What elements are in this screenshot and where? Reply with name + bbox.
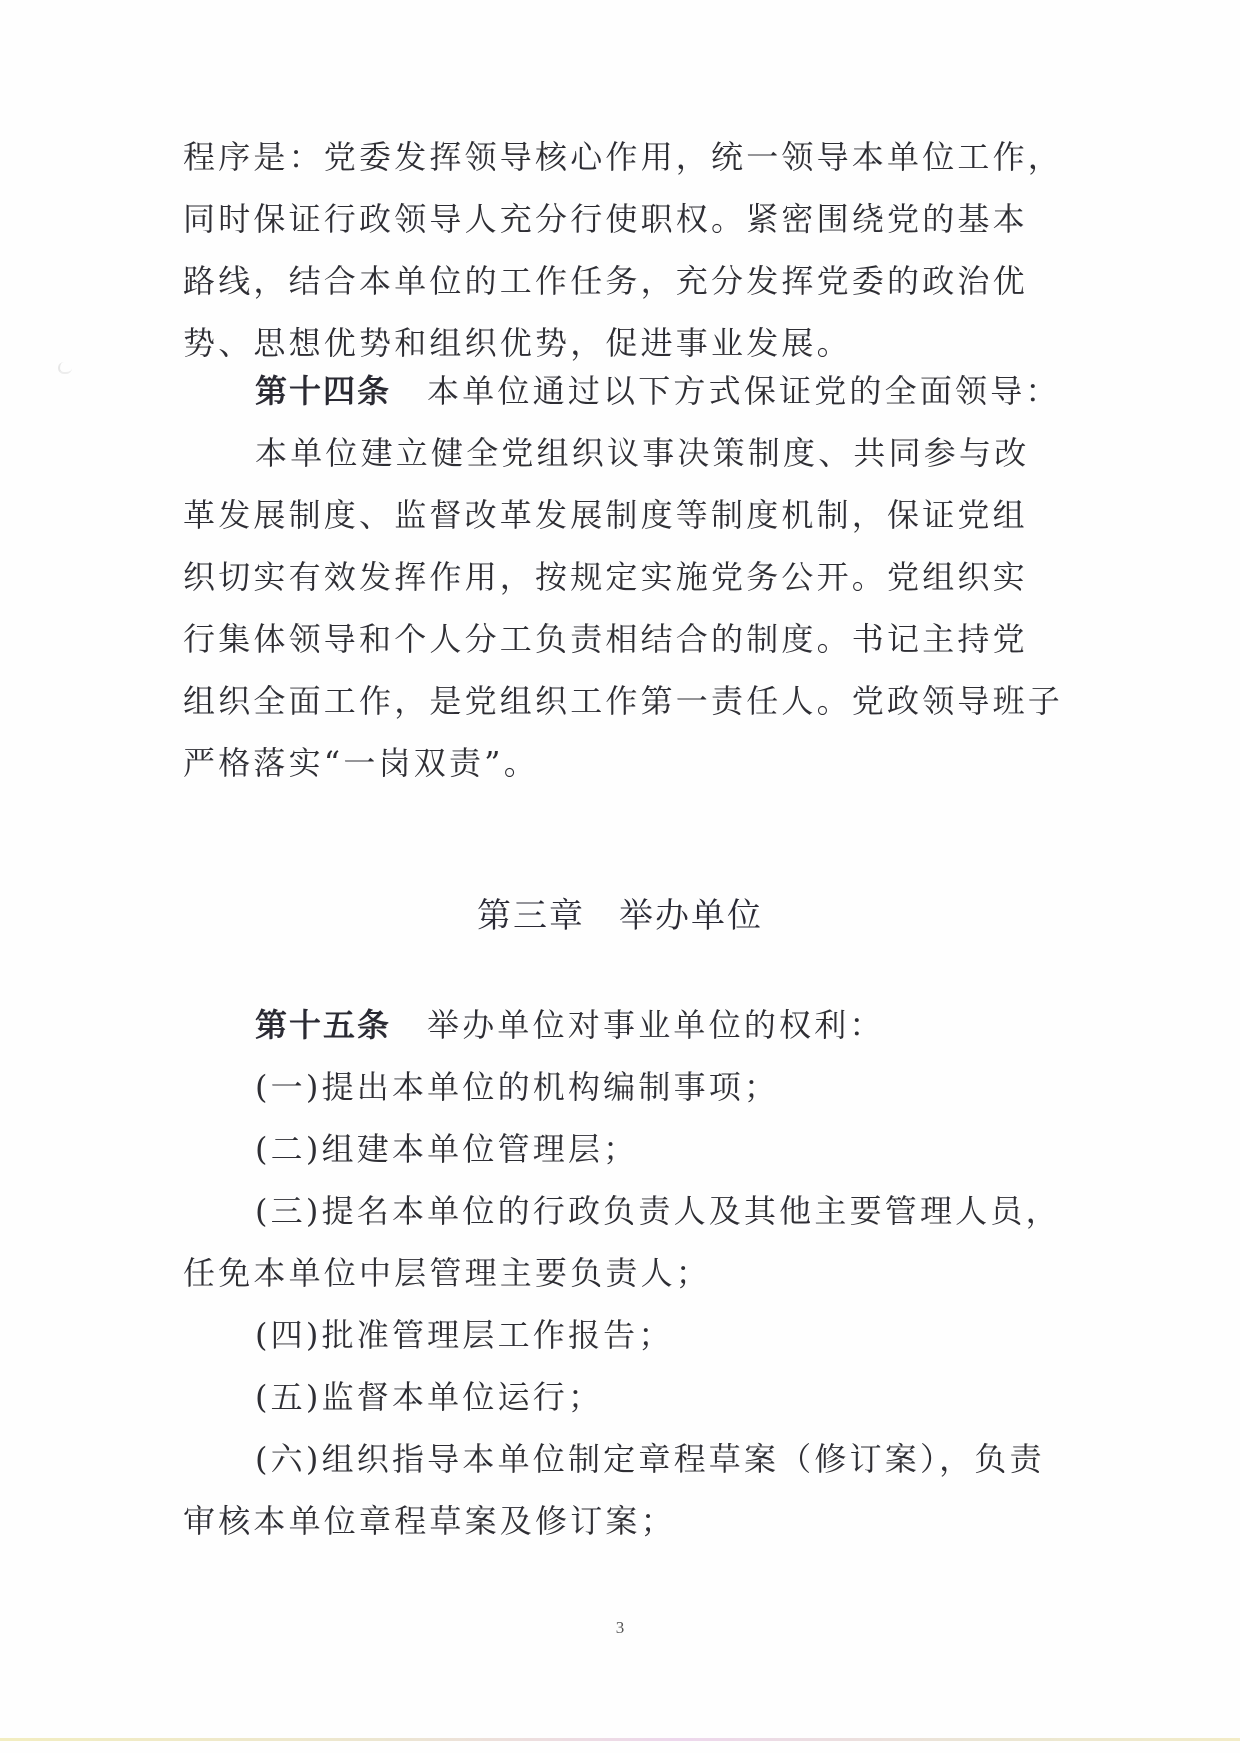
paragraph-line: 本单位建立健全党组织议事决策制度、共同参与改 (183, 422, 1043, 484)
article-heading-text: 本单位通过以下方式保证党的全面领导： (427, 372, 1061, 410)
list-item: (六)组织指导本单位制定章程草案（修订案），负责 (183, 1428, 1043, 1490)
list-item: (五)监督本单位运行； (183, 1366, 1043, 1428)
chapter-title: 第三章举办单位 (0, 888, 1240, 937)
article-heading-text: 举办单位对事业单位的权利： (427, 1006, 885, 1044)
page-number: 3 (0, 1618, 1240, 1638)
list-item-continuation: 任免本单位中层管理主要负责人； (183, 1242, 1043, 1304)
article-15: 第十五条举办单位对事业单位的权利： (一)提出本单位的机构编制事项； (二)组建… (183, 994, 1043, 1552)
paragraph-line: 严格落实“一岗双责”。 (183, 732, 1043, 794)
paragraph-line: 路线，结合本单位的工作任务，充分发挥党委的政治优 (183, 250, 1043, 312)
list-item: (一)提出本单位的机构编制事项； (183, 1056, 1043, 1118)
article-label: 第十五条 (255, 1006, 391, 1044)
paragraph-line: 同时保证行政领导人充分行使职权。紧密围绕党的基本 (183, 188, 1043, 250)
article-heading-line: 第十五条举办单位对事业单位的权利： (183, 994, 1043, 1056)
scan-artifact (58, 362, 72, 374)
opening-paragraph: 程序是：党委发挥领导核心作用，统一领导本单位工作， 同时保证行政领导人充分行使职… (183, 126, 1043, 374)
list-item: (三)提名本单位的行政负责人及其他主要管理人员， (183, 1180, 1043, 1242)
article-heading-line: 第十四条本单位通过以下方式保证党的全面领导： (183, 360, 1043, 422)
article-14: 第十四条本单位通过以下方式保证党的全面领导： 本单位建立健全党组织议事决策制度、… (183, 360, 1043, 794)
chapter-number: 第三章 (477, 896, 585, 936)
list-item-continuation: 审核本单位章程草案及修订案； (183, 1490, 1043, 1552)
paragraph-line: 程序是：党委发挥领导核心作用，统一领导本单位工作， (183, 126, 1043, 188)
chapter-name: 举办单位 (619, 896, 763, 936)
scan-edge-artifact (0, 1738, 1240, 1741)
list-item: (二)组建本单位管理层； (183, 1118, 1043, 1180)
paragraph-line: 行集体领导和个人分工负责相结合的制度。书记主持党 (183, 608, 1043, 670)
paragraph-line: 组织全面工作，是党组织工作第一责任人。党政领导班子 (183, 670, 1043, 732)
list-item: (四)批准管理层工作报告； (183, 1304, 1043, 1366)
article-label: 第十四条 (255, 372, 391, 410)
paragraph-line: 革发展制度、监督改革发展制度等制度机制，保证党组 (183, 484, 1043, 546)
paragraph-line: 织切实有效发挥作用，按规定实施党务公开。党组织实 (183, 546, 1043, 608)
document-page: 程序是：党委发挥领导核心作用，统一领导本单位工作， 同时保证行政领导人充分行使职… (0, 0, 1240, 1753)
